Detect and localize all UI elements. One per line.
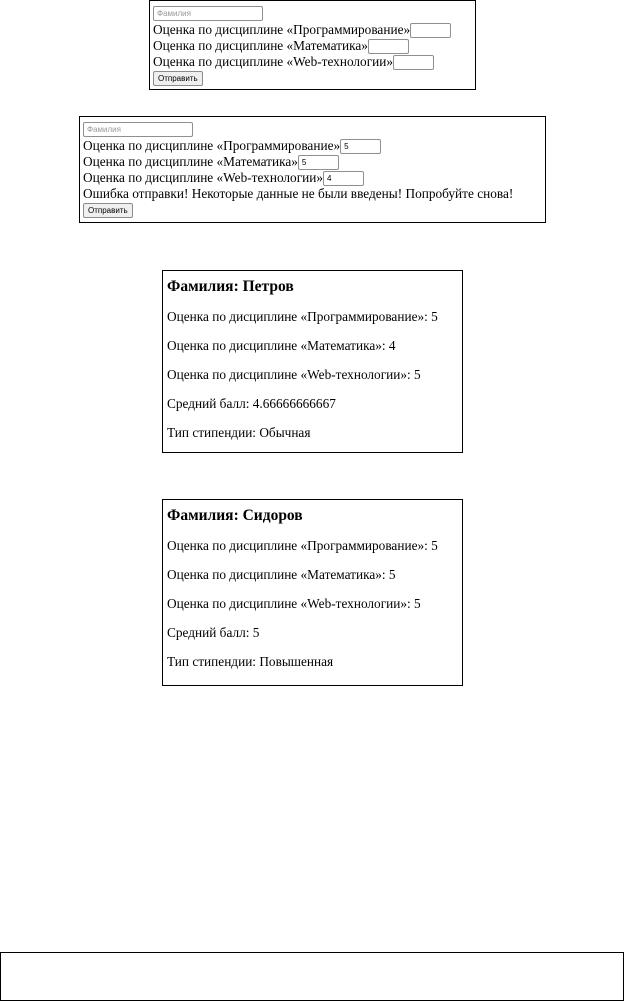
grade-form-empty: Фамилия Оценка по дисциплине «Программир… (149, 0, 476, 90)
average-score: Средний балл: 5 (167, 625, 458, 641)
math-grade-label: Оценка по дисциплине «Математика» (153, 38, 368, 54)
math-grade-input[interactable]: 5 (298, 155, 339, 170)
result-card-sidorov: Фамилия: Сидоров Оценка по дисциплине «П… (162, 499, 463, 686)
surname-input[interactable]: Фамилия (153, 6, 263, 21)
math-grade-input[interactable] (368, 39, 409, 54)
math-grade: Оценка по дисциплине «Математика»: 4 (167, 338, 458, 354)
web-grade: Оценка по дисциплине «Web-технологии»: 5 (167, 367, 458, 383)
result-heading: Фамилия: Сидоров (167, 506, 458, 526)
web-grade-input[interactable]: 4 (323, 171, 364, 186)
web-grade-input[interactable] (393, 55, 434, 70)
error-message: Ошибка отправки! Некоторые данные не был… (83, 186, 513, 202)
programming-grade: Оценка по дисциплине «Программирование»:… (167, 538, 458, 554)
scholarship-type: Тип стипендии: Обычная (167, 425, 458, 441)
math-grade-label: Оценка по дисциплине «Математика» (83, 154, 298, 170)
surname-input[interactable]: Фамилия (83, 122, 193, 137)
programming-grade-input[interactable]: 5 (340, 139, 381, 154)
programming-grade-label: Оценка по дисциплине «Программирование» (83, 138, 340, 154)
math-grade: Оценка по дисциплине «Математика»: 5 (167, 567, 458, 583)
scholarship-type: Тип стипендии: Повышенная (167, 654, 458, 670)
empty-frame (0, 952, 624, 1001)
submit-button[interactable]: Отправить (153, 71, 203, 86)
web-grade-label: Оценка по дисциплине «Web-технологии» (153, 54, 393, 70)
web-grade: Оценка по дисциплине «Web-технологии»: 5 (167, 596, 458, 612)
result-card-petrov: Фамилия: Петров Оценка по дисциплине «Пр… (162, 270, 463, 453)
average-score: Средний балл: 4.66666666667 (167, 396, 458, 412)
programming-grade-label: Оценка по дисциплине «Программирование» (153, 22, 410, 38)
submit-button[interactable]: Отправить (83, 203, 133, 218)
programming-grade-input[interactable] (410, 23, 451, 38)
web-grade-label: Оценка по дисциплине «Web-технологии» (83, 170, 323, 186)
result-heading: Фамилия: Петров (167, 277, 458, 297)
programming-grade: Оценка по дисциплине «Программирование»:… (167, 309, 458, 325)
grade-form-error: Фамилия Оценка по дисциплине «Программир… (79, 116, 546, 223)
